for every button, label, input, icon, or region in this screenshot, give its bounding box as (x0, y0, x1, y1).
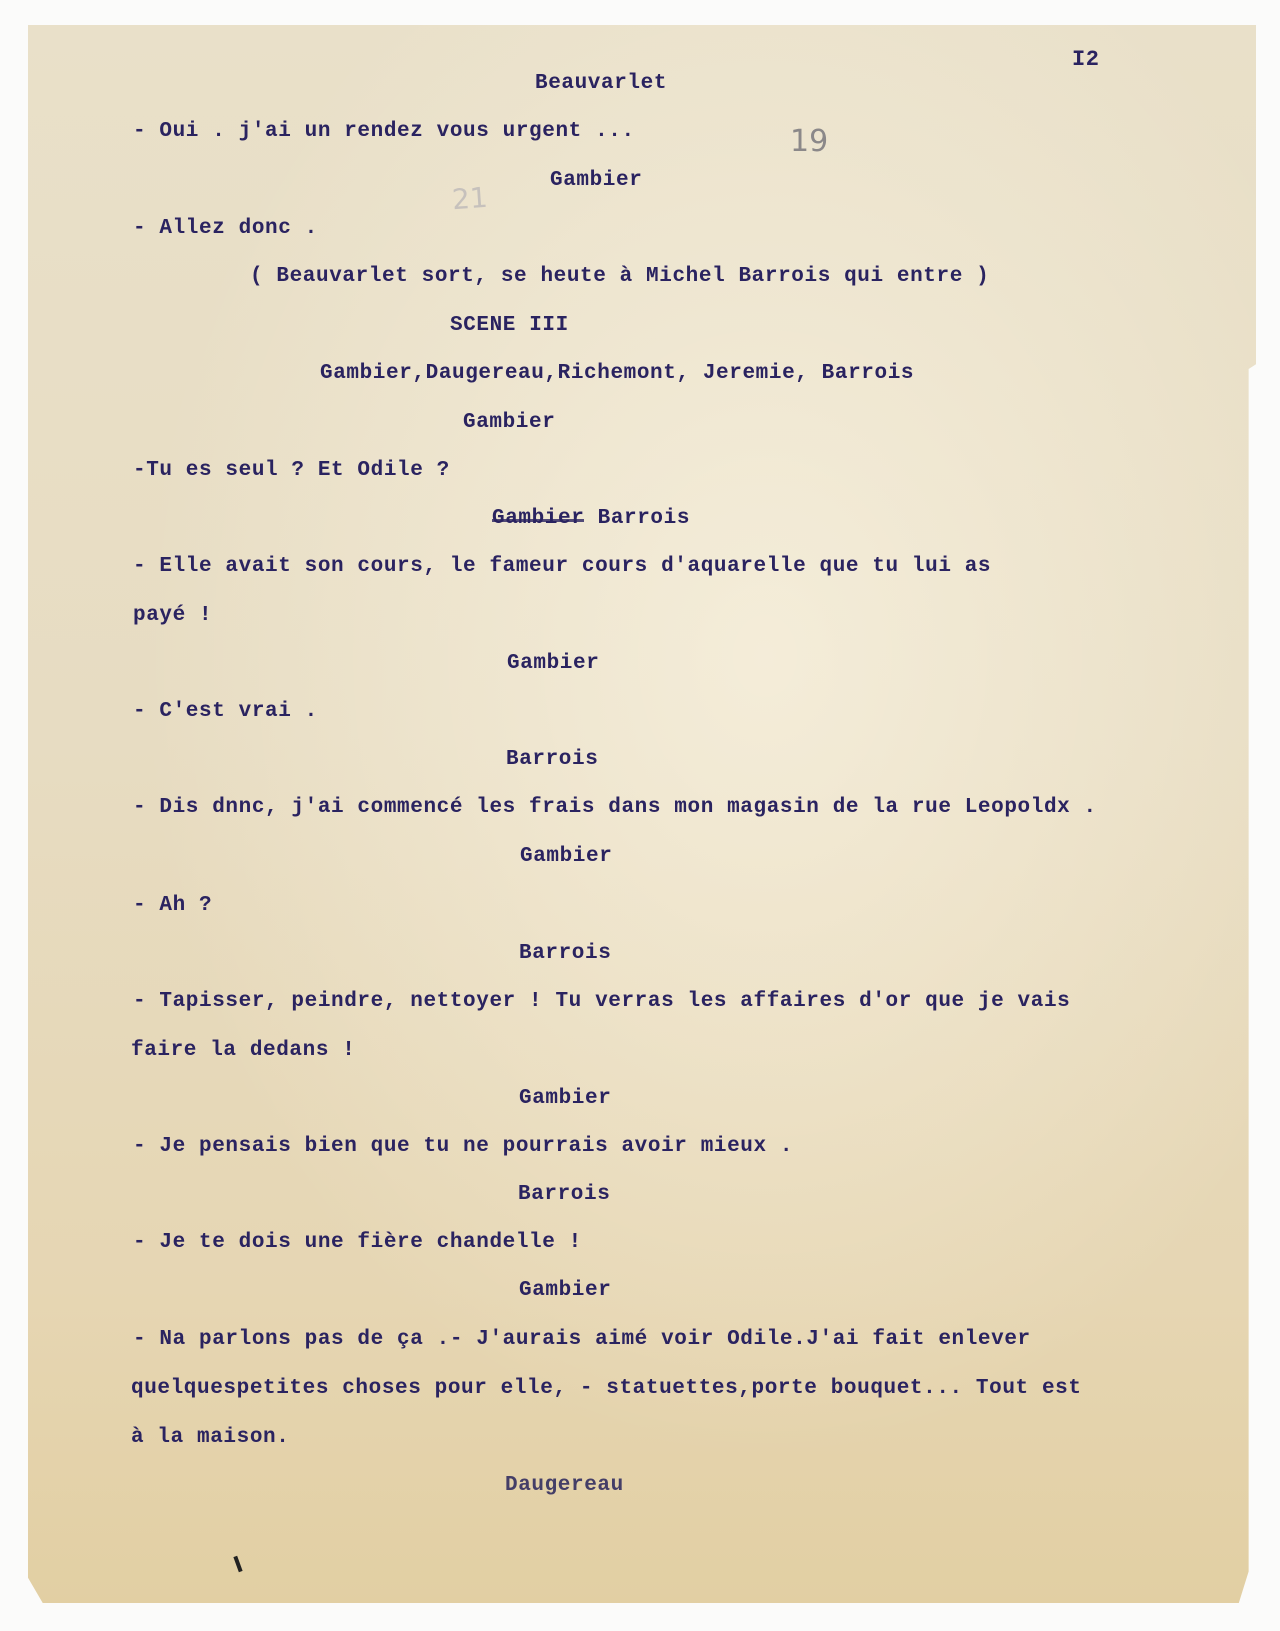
dialogue-line: - Na parlons pas de ça .- J'aurais aimé … (133, 1329, 1031, 1350)
speaker-name: Gambier (519, 1280, 611, 1301)
dialogue-line: - Ah ? (133, 895, 212, 916)
scene-heading: SCENE III (450, 315, 569, 336)
dialogue-continuation: faire la dedans ! (131, 1040, 355, 1061)
dialogue-continuation: payé ! (133, 605, 212, 626)
scene-characters: Gambier,Daugereau,Richemont, Jeremie, Ba… (320, 363, 914, 384)
speaker-name: Gambier (550, 170, 642, 191)
dialogue-line: - Tapisser, peindre, nettoyer ! Tu verra… (133, 991, 1070, 1012)
dialogue-line: -Tu es seul ? Et Odile ? (133, 460, 450, 481)
speaker-name: Barrois (519, 943, 611, 964)
stage-direction: ( Beauvarlet sort, se heute à Michel Bar… (250, 266, 989, 287)
page-number: I2 (1072, 49, 1100, 71)
faded-pencil-folio-number: 21 (451, 181, 489, 216)
handwritten-folio-number: 19 (790, 124, 828, 159)
speaker-name: Barrois (506, 749, 598, 770)
dialogue-line: - Je te dois une fière chandelle ! (133, 1232, 582, 1253)
dialogue-line: - Elle avait son cours, le fameur cours … (133, 556, 991, 577)
speaker-name: Gambier (519, 1088, 611, 1109)
dialogue-continuation: à la maison. (131, 1427, 289, 1448)
speaker-name: Barrois (518, 1184, 610, 1205)
speaker-name-overstruck: Daugereau (505, 1475, 624, 1496)
speaker-name-corrected: Gambier Barrois (492, 508, 690, 529)
struck-out-name: Gambier (492, 507, 584, 530)
speaker-name: Beauvarlet (535, 73, 667, 94)
dialogue-line: - Je pensais bien que tu ne pourrais avo… (133, 1136, 793, 1157)
corrected-name: Barrois (598, 507, 690, 530)
dialogue-line: - Allez donc . (133, 218, 318, 239)
speaker-name: Gambier (520, 846, 612, 867)
dialogue-line: - C'est vrai . (133, 701, 318, 722)
dialogue-continuation: quelquespetites choses pour elle, - stat… (131, 1378, 1082, 1399)
dialogue-line: - Dis dnnc, j'ai commencé les frais dans… (133, 797, 1097, 818)
speaker-name: Gambier (507, 653, 599, 674)
speaker-name: Gambier (463, 412, 555, 433)
dialogue-line: - Oui . j'ai un rendez vous urgent ... (133, 121, 635, 142)
